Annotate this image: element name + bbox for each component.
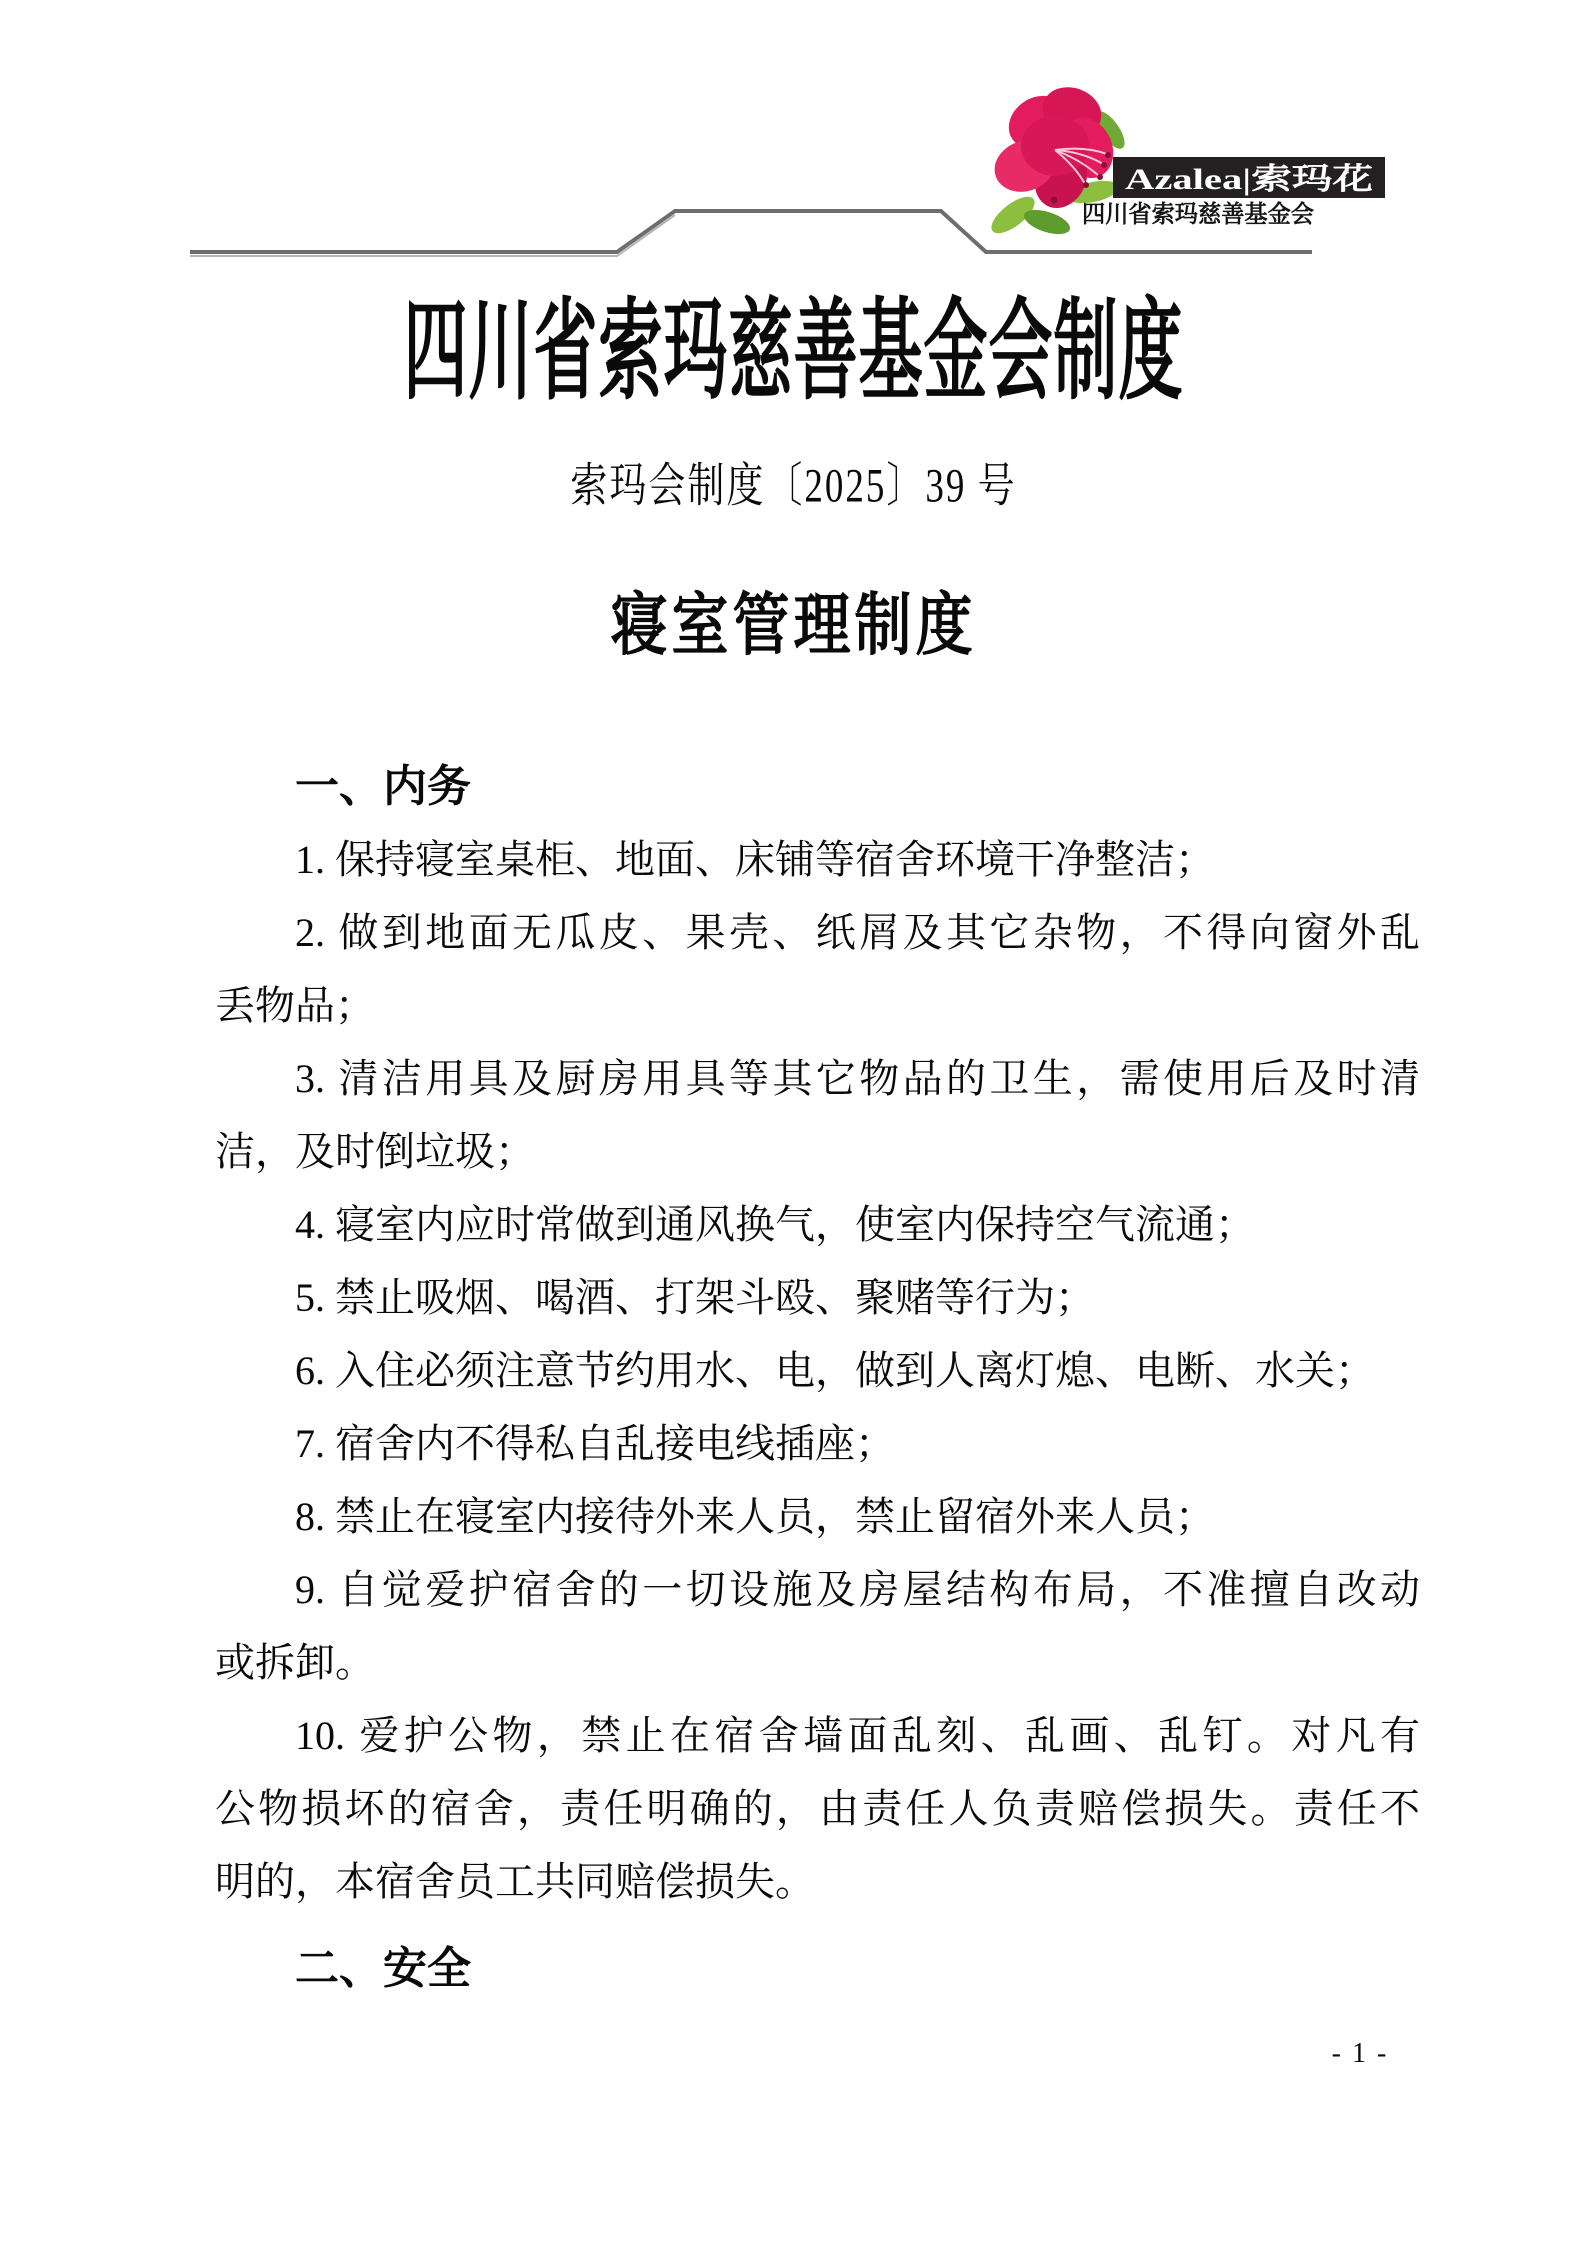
body-line: 6. 入住必须注意节约用水、电，做到人离灯熄、电断、水关； xyxy=(215,1334,1420,1407)
section-heading-2: 二、安全 xyxy=(215,1932,1420,2005)
body-line: 5. 禁止吸烟、喝酒、打架斗殴、聚赌等行为； xyxy=(215,1261,1420,1334)
body-line: 8. 禁止在寝室内接待外来人员，禁止留宿外来人员； xyxy=(215,1480,1420,1553)
body-line: 丢物品； xyxy=(215,969,1420,1042)
section-heading-1: 一、内务 xyxy=(215,750,1420,823)
body-line: 或拆卸。 xyxy=(215,1626,1420,1699)
document-number: 索玛会制度〔2025〕39 号 xyxy=(0,463,1587,510)
logo-org-name: 四川省索玛慈善基金会 xyxy=(1082,200,1314,228)
body-line: 明的，本宿舍员工共同赔偿损失。 xyxy=(215,1845,1420,1918)
body-line: 洁，及时倒垃圾； xyxy=(215,1115,1420,1188)
document-page: Azalea|索玛花 四川省索玛慈善基金会 四川省索玛慈善基金会制度 索玛会制度… xyxy=(0,0,1587,2245)
body-text: 1. 保持寝室桌柜、地面、床铺等宿舍环境干净整洁；2. 做到地面无瓜皮、果壳、纸… xyxy=(215,823,1420,1918)
page-number: - 1 - xyxy=(1295,2038,1425,2070)
body-line: 9. 自觉爱护宿舍的一切设施及房屋结构布局，不准擅自改动 xyxy=(215,1553,1420,1626)
body-line: 10. 爱护公物，禁止在宿舍墙面乱刻、乱画、乱钉。对凡有 xyxy=(215,1699,1420,1772)
document-subtitle: 寝室管理制度 xyxy=(0,592,1587,660)
body-line: 3. 清洁用具及厨房用具等其它物品的卫生，需使用后及时清 xyxy=(215,1042,1420,1115)
document-title: 四川省索玛慈善基金会制度 xyxy=(0,298,1587,408)
body-line: 7. 宿舍内不得私自乱接电线插座； xyxy=(215,1407,1420,1480)
body-line: 4. 寝室内应时常做到通风换气，使室内保持空气流通； xyxy=(215,1188,1420,1261)
logo-banner-text: Azalea|索玛花 xyxy=(1125,163,1373,196)
body-line: 公物损坏的宿舍，责任明确的，由责任人负责赔偿损失。责任不 xyxy=(215,1772,1420,1845)
body-line: 2. 做到地面无瓜皮、果壳、纸屑及其它杂物，不得向窗外乱 xyxy=(215,896,1420,969)
org-logo: Azalea|索玛花 四川省索玛慈善基金会 xyxy=(975,70,1405,245)
logo-banner: Azalea|索玛花 xyxy=(1113,157,1385,198)
document-body: 一、内务 1. 保持寝室桌柜、地面、床铺等宿舍环境干净整洁；2. 做到地面无瓜皮… xyxy=(215,750,1420,2005)
body-line: 1. 保持寝室桌柜、地面、床铺等宿舍环境干净整洁； xyxy=(215,823,1420,896)
